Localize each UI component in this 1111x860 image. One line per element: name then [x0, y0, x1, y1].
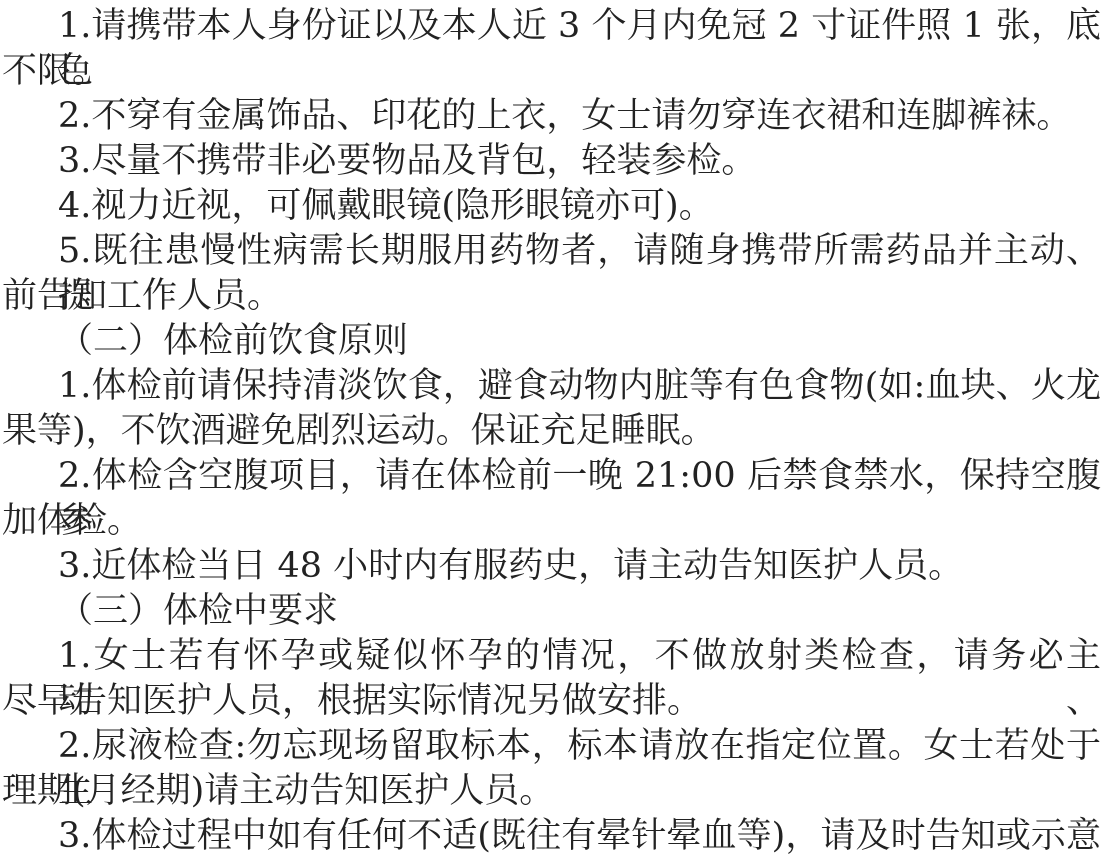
text-line: 1.女士若有怀孕或疑似怀孕的情况，不做放射类检查，请务必主动、: [2, 634, 1101, 679]
text-line: 理期(月经期)请主动告知医护人员。: [2, 769, 1101, 814]
text-line: 4.视力近视，可佩戴眼镜(隐形眼镜亦可)。: [2, 184, 1101, 229]
text-line: 3.体检过程中如有任何不适(既往有晕针晕血等)，请及时告知或示意: [2, 814, 1101, 859]
section-heading: （三）体检中要求: [2, 589, 1101, 634]
text-line: 不限。: [2, 49, 1101, 94]
text-line: 2.尿液检查:勿忘现场留取标本，标本请放在指定位置。女士若处于生: [2, 724, 1101, 769]
text-line: 3.尽量不携带非必要物品及背包，轻装参检。: [2, 139, 1101, 184]
text-line: 3.近体检当日 48 小时内有服药史，请主动告知医护人员。: [2, 544, 1101, 589]
text-line: 加体检。: [2, 499, 1101, 544]
section-heading: （二）体检前饮食原则: [2, 319, 1101, 364]
document-page: 1.请携带本人身份证以及本人近 3 个月内免冠 2 寸证件照 1 张，底色 不限…: [0, 0, 1111, 860]
text-line: 1.请携带本人身份证以及本人近 3 个月内免冠 2 寸证件照 1 张，底色: [2, 4, 1101, 49]
text-line: 果等)，不饮酒避免剧烈运动。保证充足睡眠。: [2, 409, 1101, 454]
text-line: 5.既往患慢性病需长期服用药物者，请随身携带所需药品并主动、提: [2, 229, 1101, 274]
text-line: 前告知工作人员。: [2, 274, 1101, 319]
text-line: 2.不穿有金属饰品、印花的上衣，女士请勿穿连衣裙和连脚裤袜。: [2, 94, 1101, 139]
text-line: 1.体检前请保持清淡饮食，避食动物内脏等有色食物(如:血块、火龙: [2, 364, 1101, 409]
text-line: 2.体检含空腹项目，请在体检前一晚 21:00 后禁食禁水，保持空腹参: [2, 454, 1101, 499]
